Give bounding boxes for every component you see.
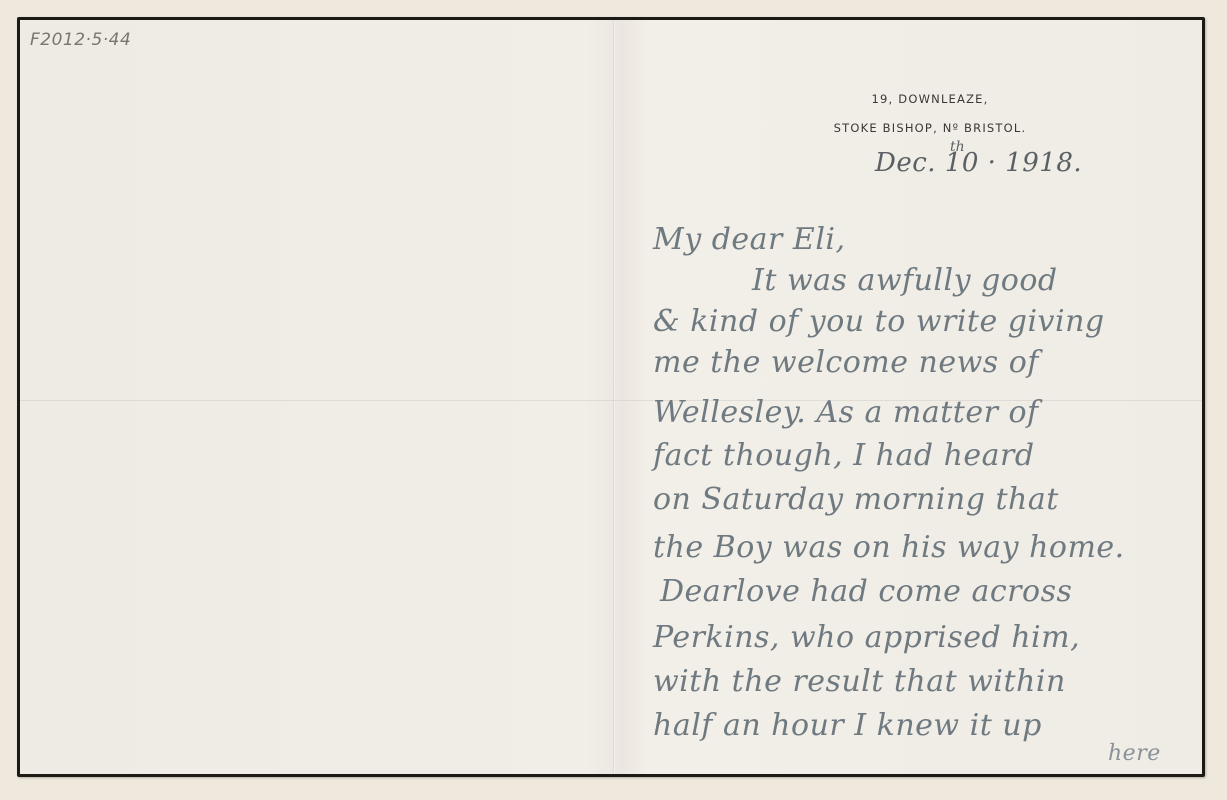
letterhead-address-line-2: STOKE BISHOP, Nº BRISTOL. (780, 121, 1080, 135)
accession-number: F2012·5·44 (30, 30, 131, 50)
letterhead-address-line-1: 19, DOWNLEAZE, (780, 92, 1080, 106)
letter-line: Perkins, who apprised him, (653, 620, 1080, 655)
catchword: here (1108, 741, 1161, 766)
letter-line: Dearlove had come across (660, 574, 1072, 609)
letter-line: fact though, I had heard (653, 438, 1035, 473)
letter-line: & kind of you to write giving (653, 304, 1105, 339)
letter-date: Dec. 10 · 1918. (875, 148, 1082, 178)
letter-line: with the result that within (653, 664, 1066, 699)
vertical-fold-line (613, 20, 615, 774)
letter-date-superscript: th (950, 139, 965, 155)
letter-line: me the welcome news of (653, 345, 1039, 380)
mount-background: F2012·5·44 19, DOWNLEAZE, STOKE BISHOP, … (0, 0, 1227, 800)
letter-line: half an hour I knew it up (653, 708, 1042, 743)
letter-line: the Boy was on his way home. (653, 530, 1125, 565)
letter-line: Wellesley. As a matter of (653, 395, 1039, 430)
letter-line: It was awfully good (752, 263, 1058, 298)
salutation: My dear Eli, (653, 222, 846, 257)
letter-line: on Saturday morning that (653, 482, 1059, 517)
